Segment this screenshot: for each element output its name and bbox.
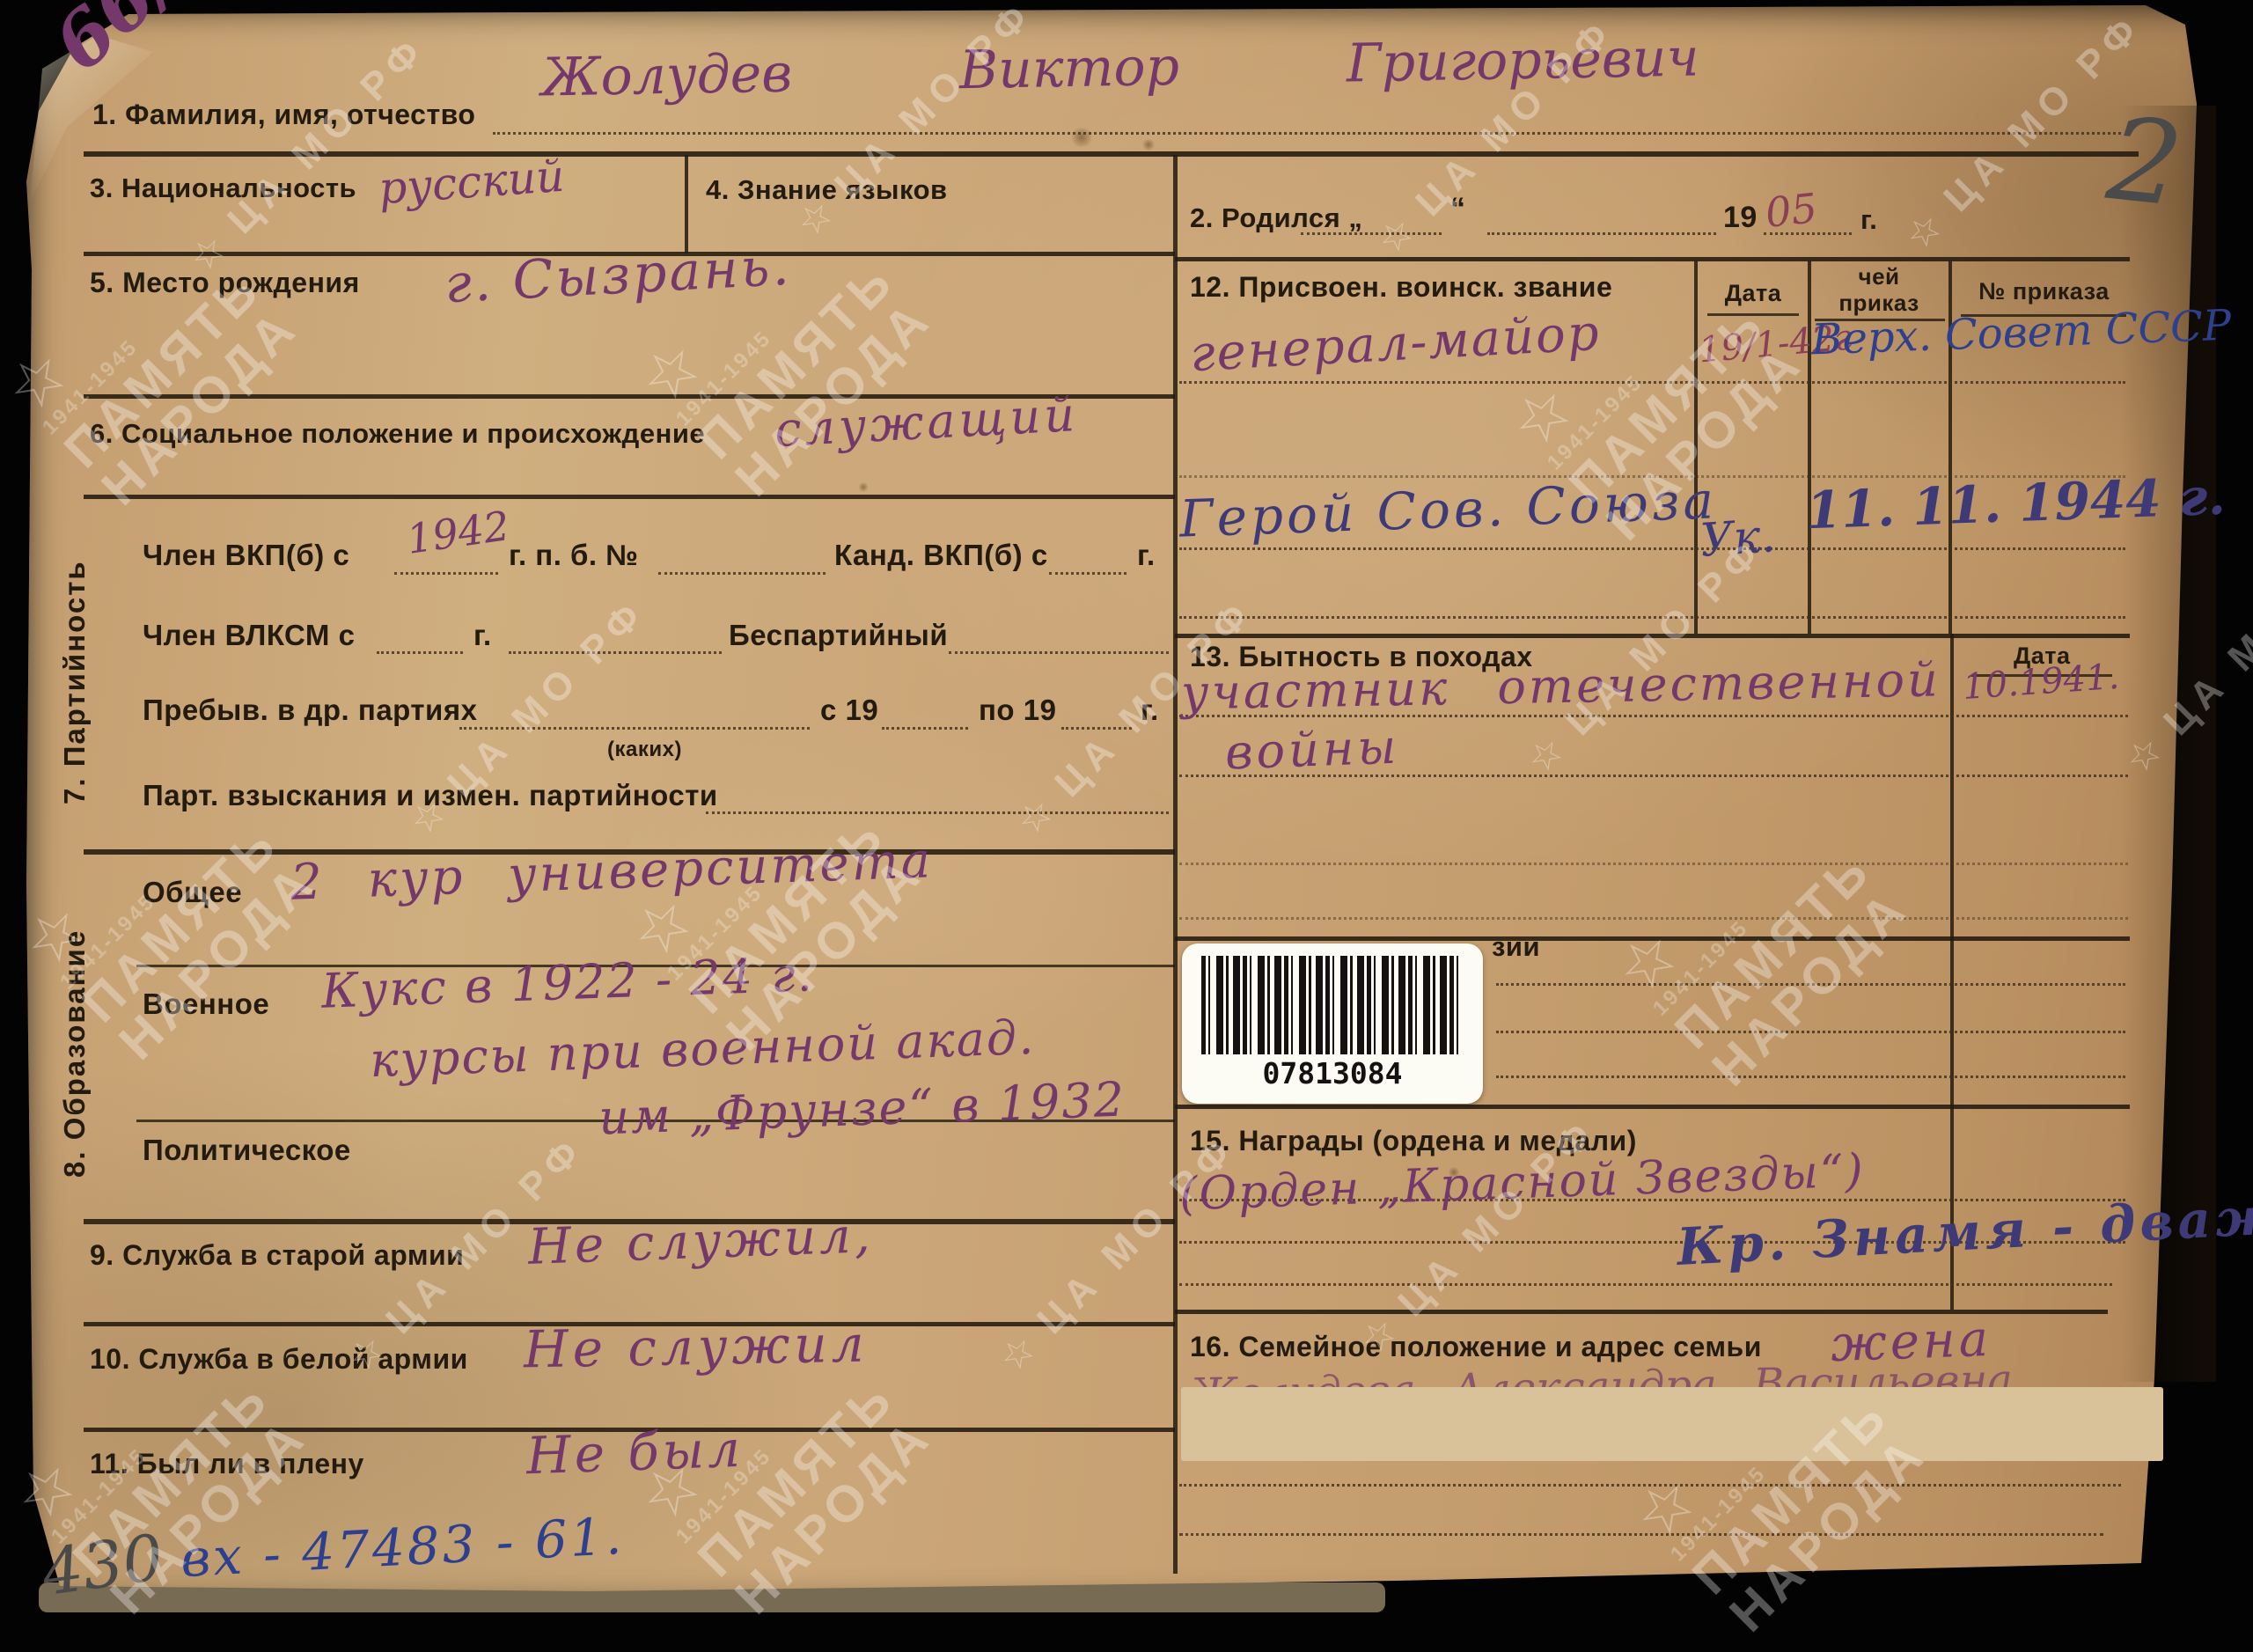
scanned-record-card: 1. Фамилия, имя, отчество Жолудев Виктор… — [0, 0, 2253, 1652]
rule-dotted — [377, 651, 463, 654]
field-7-line3-hint: (каких) — [607, 738, 682, 762]
field-7-line1-d: г. — [1137, 539, 1156, 572]
rule-line — [1175, 936, 2130, 941]
rule-line — [1694, 261, 1698, 634]
field-7-line3-d: г. — [1141, 694, 1159, 727]
rule-line — [1175, 634, 2130, 638]
rule-dotted — [1179, 547, 2125, 550]
field-7-line1-b: г. п. б. № — [509, 539, 639, 572]
rule-dotted — [1049, 572, 1126, 575]
field-7-line4: Парт. взыскания и измен. партийности — [143, 779, 718, 812]
field-7-line1-c: Канд. ВКП(б) с — [834, 539, 1048, 572]
education-political-label: Политическое — [143, 1134, 351, 1167]
field-12-label: 12. Присвоен. воинск. звание — [1190, 271, 1612, 304]
column-date-header: Дата — [1706, 280, 1801, 307]
rule-line — [685, 155, 688, 253]
barcode-sticker: 07813084 — [1182, 943, 1483, 1104]
surname-handwriting: Жолудев — [540, 43, 792, 109]
field-10-label: 10. Служба в белой армии — [90, 1343, 468, 1376]
field-7-line2-c: Беспартийный — [729, 619, 948, 652]
rule-dotted — [1061, 727, 1132, 730]
field-2-year-print: 19 — [1723, 201, 1758, 235]
ink-stain — [1141, 139, 1156, 151]
firstname-handwriting: Виктор — [958, 36, 1179, 101]
field-5-label: 5. Место рождения — [90, 267, 360, 299]
rule-dotted — [1179, 1484, 2121, 1487]
ink-stain — [1069, 128, 1094, 147]
field-14-label-fragment: зии — [1492, 931, 1540, 963]
rule-dotted — [1179, 863, 2128, 865]
column-whose-order-header: чей приказ — [1816, 264, 1941, 317]
rule-line — [84, 495, 1175, 499]
field-4-label: 4. Знание языков — [706, 174, 948, 206]
field-7-line1-a: Член ВКП(б) с — [143, 539, 349, 572]
field-6-label: 6. Социальное положение и происхождение — [90, 418, 705, 450]
patronymic-handwriting: Григорьевич — [1346, 27, 1699, 95]
rule-dotted — [1496, 983, 2125, 986]
section-7-side-label: 7. Партийность — [58, 506, 92, 858]
section-8-side-label: 8. Образование — [58, 882, 92, 1225]
field-2-close-quote: “ — [1450, 192, 1466, 226]
rule-dotted — [1496, 1076, 2125, 1078]
rule-dotted — [459, 727, 810, 730]
rule-dotted — [1496, 1031, 2125, 1033]
field-1-label: 1. Фамилия, имя, отчество — [92, 99, 475, 131]
privacy-redaction-box — [1181, 1387, 2163, 1461]
rule-line — [84, 151, 2139, 157]
rule-dotted — [1179, 381, 2125, 384]
rule-dotted — [706, 811, 1169, 814]
rule-dotted — [394, 572, 498, 575]
field-7-line3-c: по 19 — [979, 694, 1056, 727]
hero-decree-handwriting: Ук. — [1699, 510, 1777, 568]
birth-year-handwriting: 05 — [1763, 184, 1819, 237]
rule-dotted — [949, 651, 1169, 654]
rule-dotted — [509, 651, 722, 654]
rule-dotted — [1179, 1283, 2112, 1286]
rule-line — [1175, 257, 2130, 261]
rule-line — [1175, 1105, 2130, 1109]
field-7-line2-a: Член ВЛКСМ с — [143, 619, 355, 652]
column-order-number-header: № приказа — [1963, 278, 2125, 305]
field-3-label: 3. Национальность — [90, 173, 356, 204]
rule-dotted — [1179, 616, 2125, 619]
rule-dotted — [1179, 917, 2128, 920]
field-11-label: 11. Был ли в плену — [90, 1448, 364, 1480]
field-2-label: 2. Родился „ — [1190, 202, 1362, 234]
field-9-label: 9. Служба в старой армии — [90, 1239, 464, 1272]
rule-line-center-divider — [1173, 155, 1178, 1574]
white-army-handwriting: Не служил — [523, 1314, 869, 1380]
captivity-handwriting: Не был — [525, 1419, 745, 1487]
barcode-bars — [1201, 956, 1464, 1054]
barcode-number: 07813084 — [1182, 1056, 1483, 1090]
education-general-label: Общее — [143, 876, 242, 909]
ink-stain — [858, 482, 869, 492]
rule-dotted — [493, 132, 2121, 135]
field-15-label: 15. Награды (ордена и медали) — [1190, 1125, 1637, 1157]
rule-dotted — [1179, 1533, 2103, 1536]
page-number-handwriting: 2 — [2102, 92, 2188, 232]
rule-dotted — [658, 572, 826, 575]
rule-line — [1707, 313, 1799, 316]
campaigns-handwriting-2: войны — [1224, 719, 1400, 781]
field-2-suffix: г. — [1860, 204, 1877, 236]
field-7-line3-b: с 19 — [820, 694, 878, 727]
rule-dotted — [1487, 232, 1716, 235]
field-16-label: 16. Семейное положение и адрес семьи — [1190, 1331, 1762, 1363]
field-7-line2-b: г. — [473, 619, 492, 652]
rule-dotted — [882, 727, 968, 730]
education-military-label: Военное — [143, 988, 269, 1021]
field-7-line3-a: Пребыв. в др. партиях — [143, 694, 477, 727]
old-army-handwriting: Не служил, — [527, 1207, 874, 1276]
